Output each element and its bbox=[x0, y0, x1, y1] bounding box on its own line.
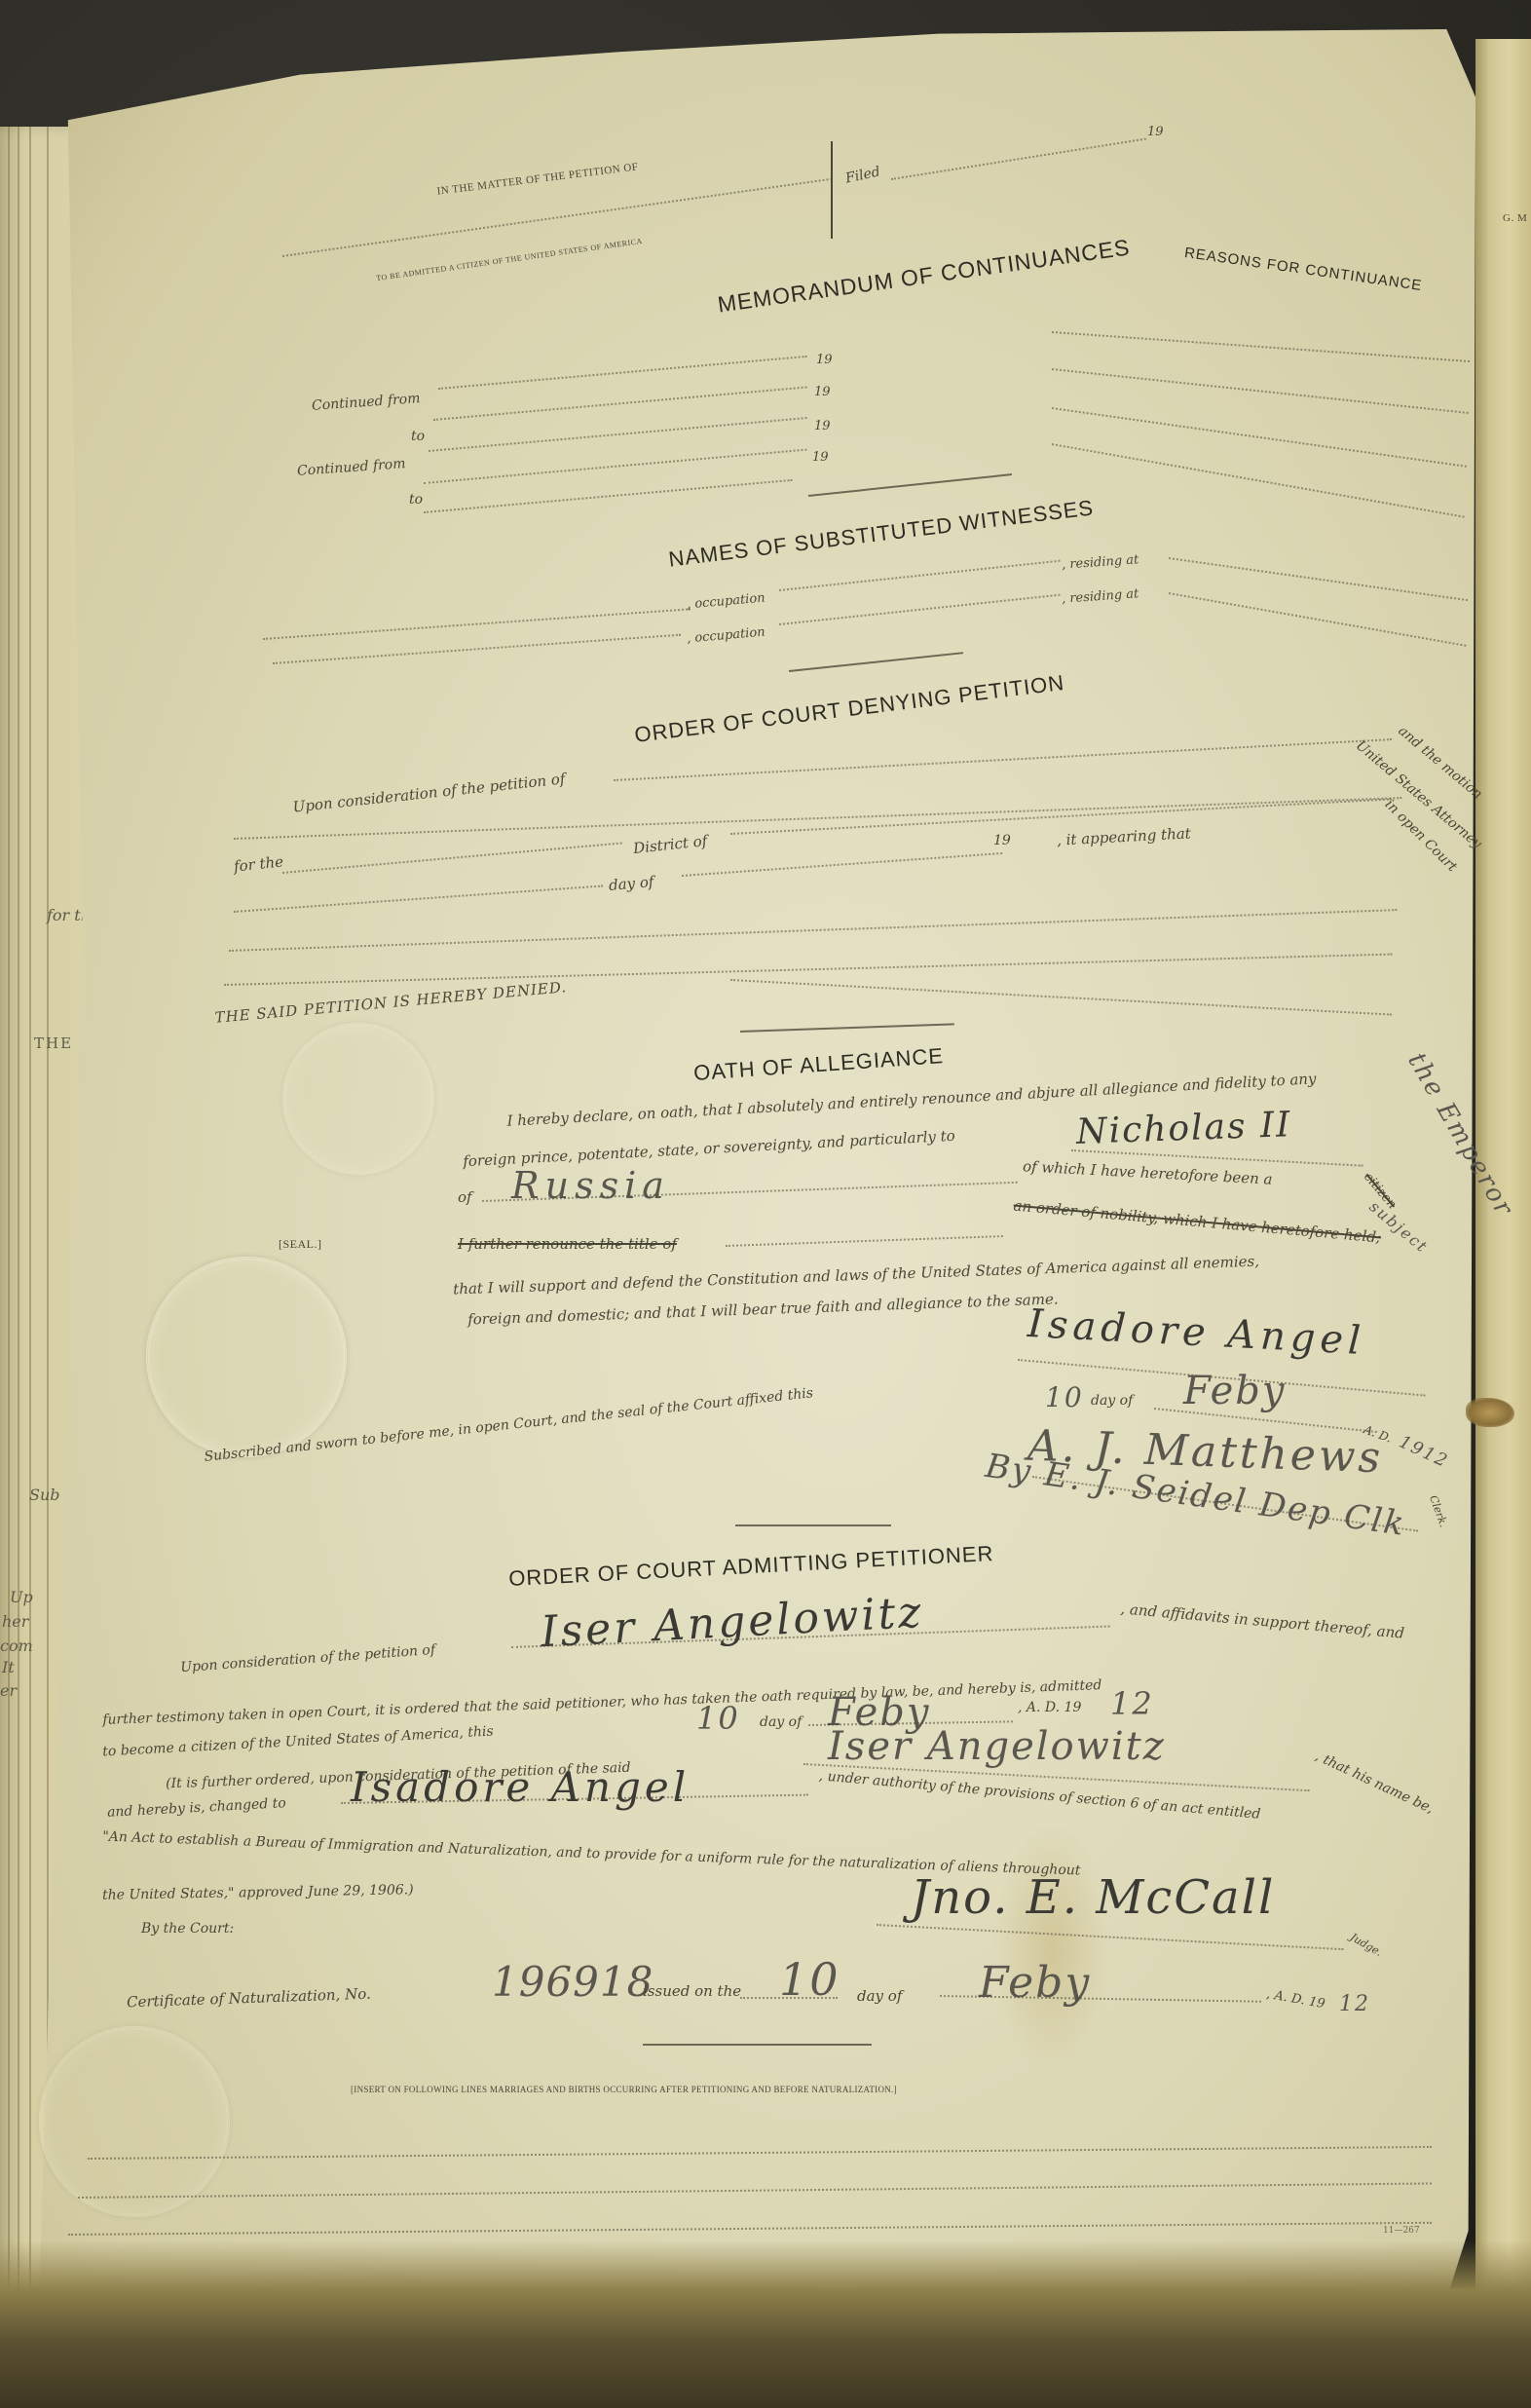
sworn-day: 10 bbox=[1045, 1381, 1084, 1413]
reason-line bbox=[1052, 331, 1470, 362]
section-divider bbox=[789, 652, 963, 672]
denying-right4: , it appearing that bbox=[1057, 824, 1192, 848]
page-bottom-shadow bbox=[0, 2240, 1531, 2408]
form-number: 11—267 bbox=[1383, 2226, 1420, 2236]
marriage-births-line bbox=[88, 2146, 1432, 2160]
filed-label: Filed bbox=[844, 164, 881, 186]
admitted-label: TO BE ADMITTED A CITIZEN OF THE UNITED S… bbox=[376, 237, 644, 282]
day-of-label: day of bbox=[608, 873, 654, 894]
certificate-month: Feby bbox=[979, 1958, 1091, 2008]
filed-date-line bbox=[891, 138, 1146, 180]
denying-year: 19 bbox=[993, 833, 1011, 848]
month-line bbox=[682, 852, 1002, 877]
denying-title: ORDER OF COURT DENYING PETITION bbox=[633, 670, 1065, 748]
petitioner-signature: Isadore Angel bbox=[1027, 1301, 1366, 1364]
marriage-births-line bbox=[78, 2182, 1432, 2199]
memorandum-title: MEMORANDUM OF CONTINUANCES bbox=[716, 234, 1132, 318]
handwritten-country: Russia bbox=[511, 1164, 670, 1207]
judge-signature-line bbox=[877, 1924, 1343, 1950]
admitting-line3: to become a citizen of the United States… bbox=[102, 1723, 494, 1759]
handwritten-new-name: Isadore Angel bbox=[351, 1763, 690, 1811]
section-divider bbox=[643, 2044, 872, 2046]
witness-name-line bbox=[263, 608, 691, 640]
clerk-label: Clerk. bbox=[1427, 1493, 1450, 1528]
marriage-births-line bbox=[68, 2222, 1432, 2236]
certificate-year: 12 bbox=[1339, 1992, 1370, 2016]
title-line bbox=[726, 1235, 1003, 1247]
sworn-statement: Subscribed and sworn to before me, in op… bbox=[204, 1385, 814, 1465]
by-the-court: By the Court: bbox=[141, 1921, 234, 1937]
to-label: to bbox=[409, 492, 423, 508]
oath-of-label: of bbox=[458, 1188, 472, 1206]
denying-line1: Upon consideration of the petition of bbox=[292, 770, 566, 815]
admitting-line2: further testimony taken in open Court, i… bbox=[102, 1677, 1102, 1728]
signature-line bbox=[730, 979, 1392, 1016]
residing-line bbox=[1169, 592, 1467, 647]
occupation-label: , occupation bbox=[686, 591, 765, 613]
admitted-day: 10 bbox=[696, 1700, 740, 1737]
reasons-title: REASONS FOR CONTINUANCE bbox=[1183, 245, 1423, 294]
admitting-line7: the United States," approved June 29, 19… bbox=[102, 1882, 414, 1903]
page-tab-clip bbox=[1466, 1398, 1514, 1427]
continuance-line bbox=[433, 386, 807, 421]
section-divider bbox=[735, 1524, 891, 1526]
admitted-year: 12 bbox=[1110, 1685, 1154, 1722]
denying-right3: in open Court bbox=[1382, 797, 1460, 875]
continuance-line bbox=[424, 449, 807, 484]
admitting-title: ORDER OF COURT ADMITTING PETITIONER bbox=[508, 1541, 994, 1592]
continuance-year: 19 bbox=[816, 353, 833, 367]
district-label: District of bbox=[632, 832, 708, 857]
certificate-number: 196918 bbox=[492, 1958, 653, 2006]
oath-line6: foreign and domestic; and that I will be… bbox=[467, 1290, 1059, 1328]
reason-line bbox=[1052, 407, 1467, 468]
admitted-ad: , A. D. 19 bbox=[1018, 1700, 1081, 1715]
continuance-year: 19 bbox=[814, 385, 831, 399]
blank-line bbox=[224, 954, 1393, 986]
witness-name-line bbox=[273, 634, 681, 664]
occupation-line bbox=[779, 560, 1061, 591]
admitting-line5: and hereby is, changed to bbox=[107, 1795, 286, 1821]
judge-signature: Jno. E. McCall bbox=[911, 1870, 1275, 1925]
residing-label: , residing at bbox=[1062, 552, 1139, 572]
continuance-year: 19 bbox=[814, 419, 831, 433]
continuance-year: 19 bbox=[812, 450, 829, 465]
admitting-line4-post: , that his name be, bbox=[1313, 1749, 1437, 1817]
witnesses-title: NAMES OF SUBSTITUTED WITNESSES bbox=[667, 495, 1095, 572]
certificate-issued: issued on the bbox=[643, 1982, 741, 2000]
to-label: to bbox=[411, 429, 425, 444]
occupation-line bbox=[779, 594, 1061, 625]
certificate-ad: , A. D. 19 bbox=[1265, 1987, 1326, 2012]
section-divider bbox=[808, 473, 1012, 497]
admitted-day-of: day of bbox=[760, 1714, 802, 1730]
handwritten-subject: subject bbox=[1365, 1197, 1432, 1257]
reason-line bbox=[1052, 368, 1469, 414]
judge-label: Judge. bbox=[1348, 1931, 1384, 1959]
oath-line3: of which I have heretofore been a bbox=[1023, 1157, 1273, 1187]
residing-label: , residing at bbox=[1062, 586, 1139, 606]
blank-line bbox=[234, 884, 603, 913]
residing-line bbox=[1169, 557, 1468, 601]
blank-line bbox=[229, 909, 1397, 952]
sworn-day-of: day of bbox=[1091, 1393, 1133, 1409]
header-divider bbox=[831, 141, 833, 239]
occupation-label: , occupation bbox=[686, 625, 765, 647]
oath-title: OATH OF ALLEGIANCE bbox=[692, 1043, 944, 1086]
sworn-month: Feby bbox=[1183, 1369, 1286, 1413]
handwritten-sovereign: Nicholas II bbox=[1075, 1105, 1292, 1152]
continued-from-label: Continued from bbox=[297, 456, 406, 479]
admitting-line1: Upon consideration of the petition of bbox=[180, 1642, 436, 1675]
petitioner-line bbox=[614, 738, 1392, 781]
filed-year: 19 bbox=[1147, 125, 1164, 139]
denied-statement: THE SAID PETITION IS HEREBY DENIED. bbox=[214, 978, 568, 1027]
for-the-label: for the bbox=[233, 852, 284, 875]
handwritten-petitioner-name-2: Iser Angelowitz bbox=[828, 1724, 1166, 1769]
sworn-year: 1912 bbox=[1396, 1432, 1452, 1473]
struck-nobility-clause: an order of nobility, which I have heret… bbox=[1013, 1197, 1382, 1247]
certificate-day-line bbox=[740, 1997, 838, 1999]
continuance-line bbox=[429, 417, 807, 452]
certificate-day-of: day of bbox=[857, 1987, 902, 2005]
matter-label: IN THE MATTER OF THE PETITION OF bbox=[436, 161, 639, 197]
reason-line bbox=[1052, 443, 1465, 518]
section-divider bbox=[740, 1023, 954, 1033]
continued-from-label: Continued from bbox=[312, 391, 421, 414]
handwritten-title: the Emperor bbox=[1401, 1048, 1518, 1223]
admitting-line1-post: , and affidavits in support thereof, and bbox=[1120, 1599, 1405, 1641]
document-content: IN THE MATTER OF THE PETITION OF TO BE A… bbox=[0, 0, 1531, 2408]
struck-title-clause: I further renounce the title of bbox=[458, 1235, 677, 1253]
petitioner-name-line bbox=[282, 178, 833, 257]
continuance-line bbox=[424, 479, 793, 513]
continuance-line bbox=[438, 356, 807, 390]
oath-line5: that I will support and defend the Const… bbox=[453, 1253, 1259, 1298]
seal-label: [SEAL.] bbox=[279, 1237, 322, 1252]
certificate-label: Certificate of Naturalization, No. bbox=[127, 1985, 371, 2012]
district-line bbox=[282, 842, 622, 873]
handwritten-petitioner-name: Iser Angelowitz bbox=[540, 1588, 925, 1658]
insert-note: [INSERT ON FOLLOWING LINES MARRIAGES AND… bbox=[351, 2085, 897, 2094]
